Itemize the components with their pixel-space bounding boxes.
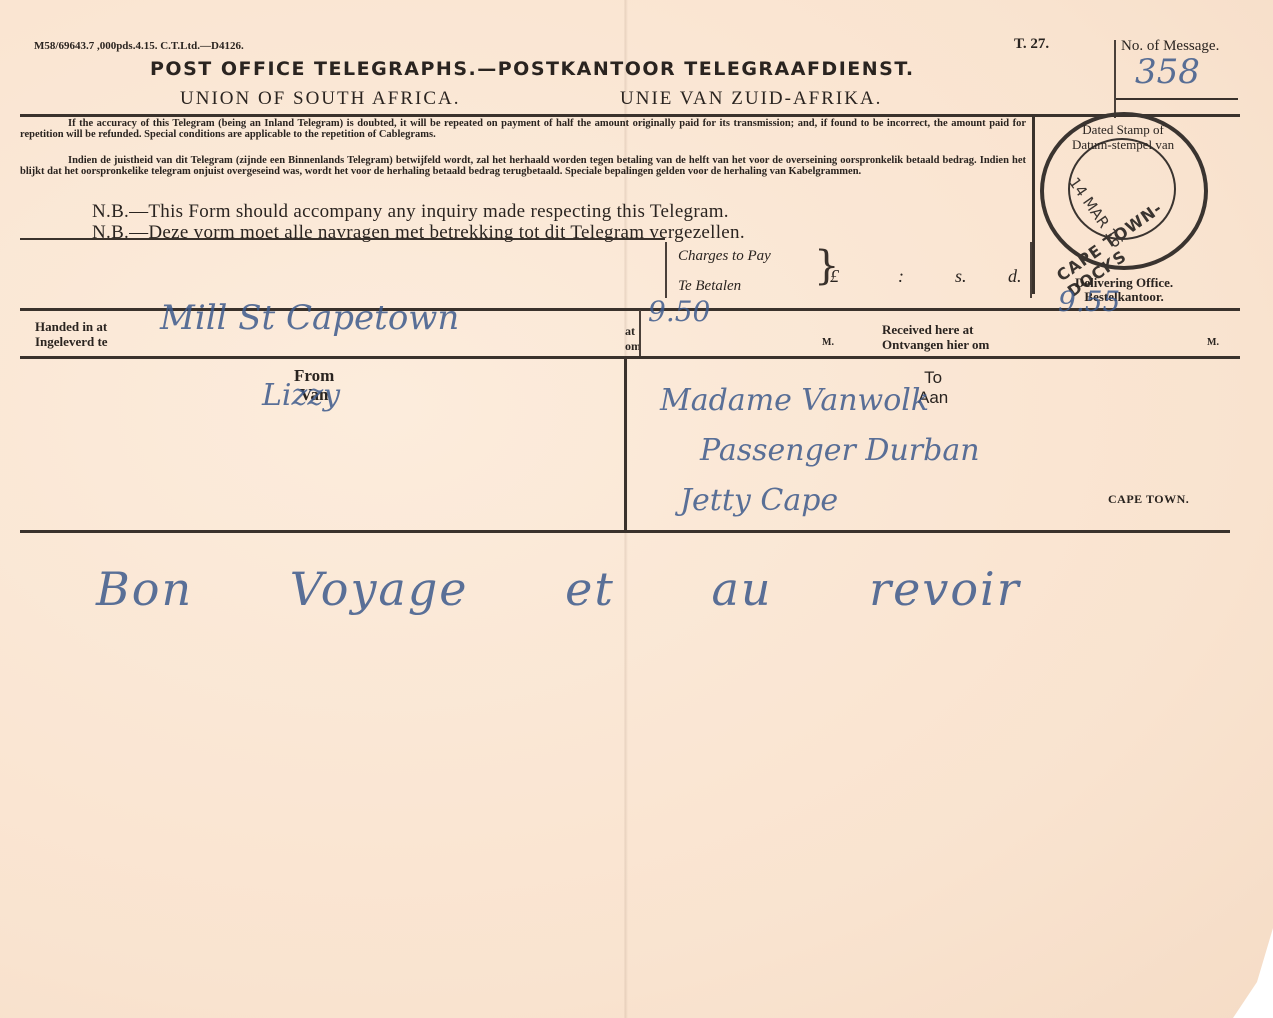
handed-in-label-english: Handed in at <box>35 319 108 334</box>
handed-in-label: Handed in at Ingeleverd te <box>35 319 108 349</box>
message-number-underline <box>1116 98 1238 100</box>
received-label-afrikaans: Ontvangen hier om <box>882 337 989 352</box>
nb-rule <box>20 238 665 240</box>
charges-pence: d. <box>1008 266 1022 287</box>
notice-dutch: Indien de juistheid van dit Telegram (zi… <box>20 155 1026 177</box>
charges-label-afrikaans: Te Betalen <box>678 278 741 295</box>
stamp-label-afrikaans: Datum-stempel van <box>1072 137 1174 152</box>
handed-in-value: Mill St Capetown <box>160 298 459 338</box>
stamp-label: Dated Stamp of Datum-stempel van <box>1072 122 1174 152</box>
notice-english: If the accuracy of this Telegram (being … <box>20 118 1026 140</box>
address-bottom-rule <box>20 530 1230 533</box>
stamp-divider <box>1032 114 1035 294</box>
received-m-suffix: M. <box>1207 337 1219 348</box>
stamp-label-english: Dated Stamp of <box>1072 122 1174 137</box>
subtitle-afrikaans: UNIE VAN ZUID-AFRIKA. <box>620 88 882 110</box>
from-to-divider <box>624 359 627 531</box>
to-address: Madame Vanwolk Passenger Durban Jetty Ca… <box>660 376 980 526</box>
to-address-line-3: Jetty Cape <box>660 476 980 526</box>
received-label-english: Received here at <box>882 322 989 337</box>
received-label: Received here at Ontvangen hier om <box>882 322 989 352</box>
charges-colon: : <box>898 266 904 287</box>
handed-in-time-divider <box>639 310 641 356</box>
to-address-line-2: Passenger Durban <box>660 426 980 476</box>
charges-shilling: s. <box>955 266 967 287</box>
handed-in-time: 9.50 <box>648 295 710 328</box>
charges-right-divider <box>1030 242 1032 298</box>
handed-in-label-afrikaans: Ingeleverd te <box>35 334 108 349</box>
torn-corner <box>1233 928 1273 1018</box>
header-rule <box>20 114 1240 117</box>
print-code: M58/69643.7 ,000pds.4.15. C.T.Ltd.—D4126… <box>34 40 244 52</box>
received-time: 9.55 <box>1058 285 1120 318</box>
from-value: Lizzy <box>262 378 340 413</box>
handed-in-bottom-rule <box>20 356 1240 359</box>
form-title: POST OFFICE TELEGRAPHS.—POSTKANTOOR TELE… <box>150 58 915 80</box>
message-number-value: 358 <box>1135 52 1200 92</box>
message-number-divider <box>1114 40 1116 118</box>
handed-in-m-suffix: M. <box>822 337 834 348</box>
subtitle-english: UNION OF SOUTH AFRICA. <box>180 88 460 110</box>
charges-left-divider <box>665 242 667 298</box>
nb-english: N.B.—This Form should accompany any inqu… <box>92 201 729 222</box>
form-number: T. 27. <box>1014 36 1049 53</box>
telegram-form: M58/69643.7 ,000pds.4.15. C.T.Ltd.—D4126… <box>0 0 1273 1018</box>
to-address-line-1: Madame Vanwolk <box>660 376 980 426</box>
charges-label-english: Charges to Pay <box>678 248 771 265</box>
message-body: Bon Voyage et au revoir <box>96 562 1021 616</box>
charges-pound: £ <box>830 266 839 287</box>
cape-town-office-stamp: CAPE TOWN. <box>1108 492 1189 507</box>
